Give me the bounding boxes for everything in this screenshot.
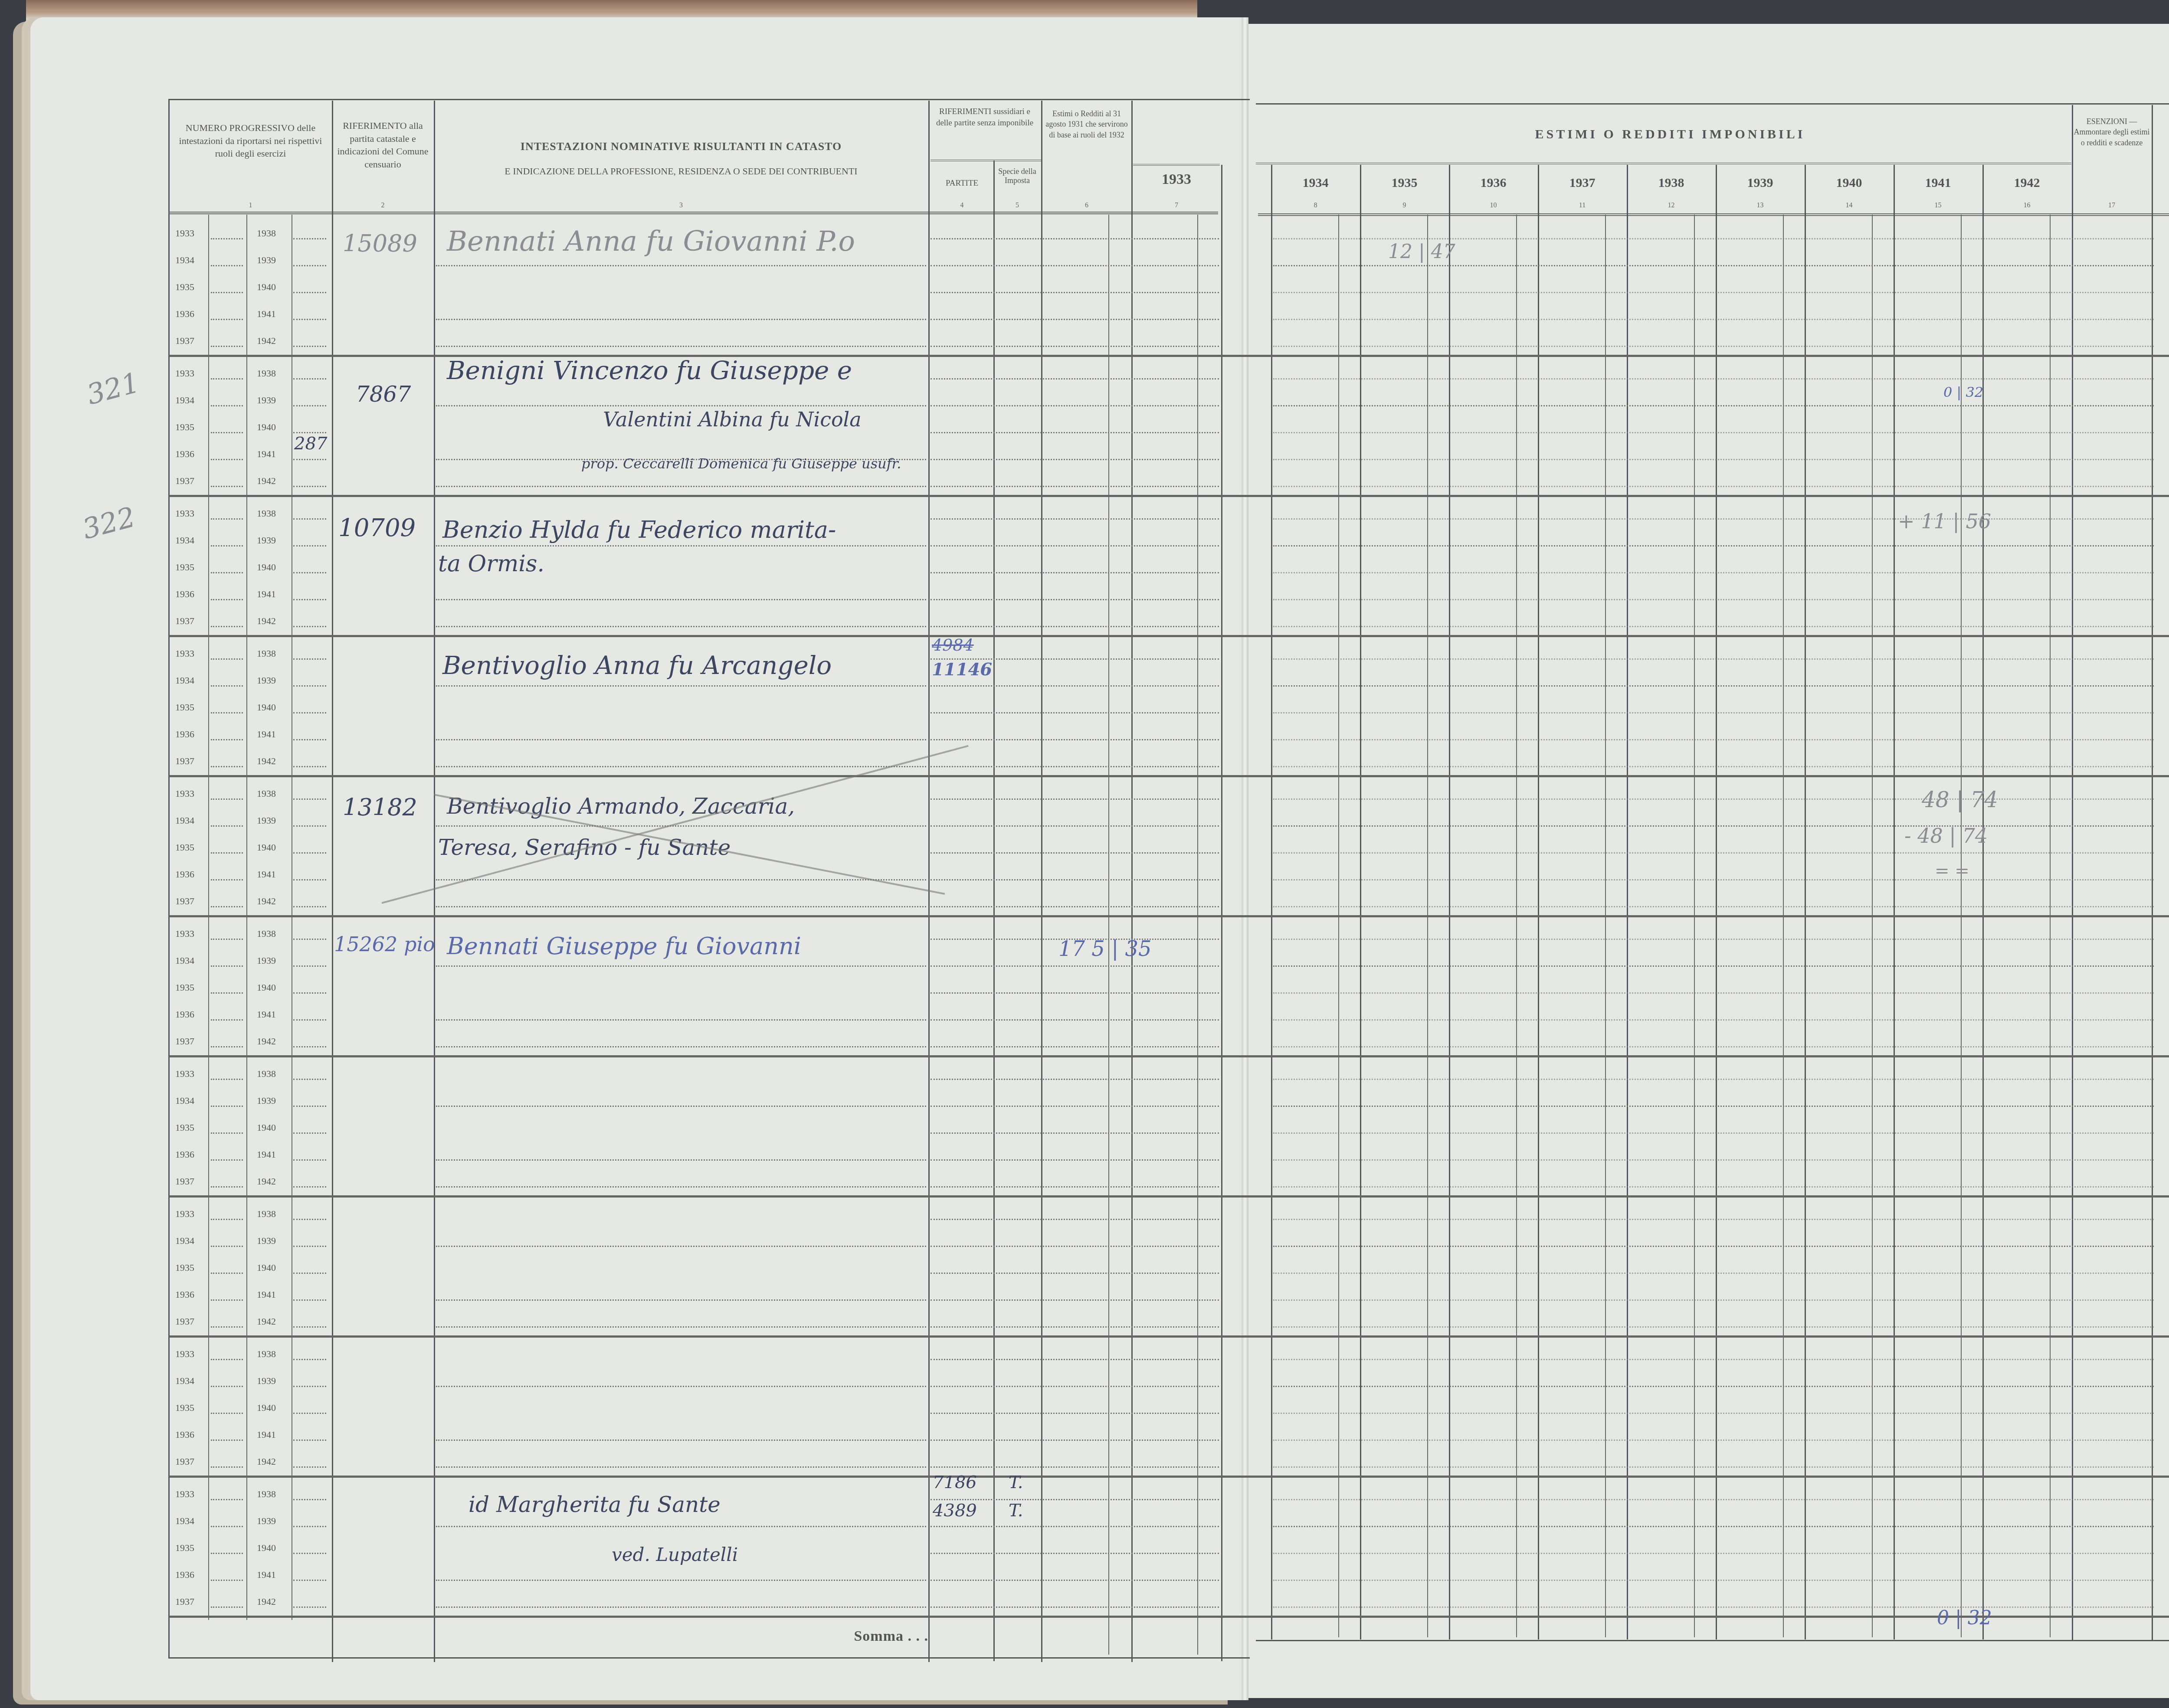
header-year-1940: 1940 xyxy=(1805,176,1894,190)
header-annotazioni: ANNOTAZIONI xyxy=(2154,147,2169,161)
year-label: 1941 xyxy=(257,729,276,740)
entry-partite-struck: 4984 xyxy=(932,635,974,654)
year-label: 1940 xyxy=(257,702,276,713)
year-label: 1938 xyxy=(257,508,276,519)
year-label: 1942 xyxy=(257,756,276,767)
year-label: 1937 xyxy=(175,335,194,347)
entry-name: Benigni Vincenzo fu Giuseppe e xyxy=(447,356,852,385)
header-esenzioni: ESENZIONI — Ammontare degli estimi o red… xyxy=(2074,116,2150,148)
year-label: 1934 xyxy=(175,1235,194,1247)
year-label: 1937 xyxy=(175,756,194,767)
year-label: 1941 xyxy=(257,1429,276,1440)
header-specie: Specie della Imposta xyxy=(996,167,1039,185)
entry-name-line2: ved. Lupatelli xyxy=(612,1544,738,1565)
year-label: 1936 xyxy=(175,448,194,460)
year-label: 1935 xyxy=(175,982,194,993)
header-estimi-imponibili: ESTIMI O REDDITI IMPONIBILI xyxy=(1271,126,2069,144)
col-number: 1 xyxy=(171,202,330,209)
year-label: 1941 xyxy=(257,1149,276,1160)
year-label: 1935 xyxy=(175,1122,194,1133)
header-intestazioni: INTESTAZIONI NOMINATIVE RISULTANTI IN CA… xyxy=(436,139,926,154)
year-label: 1939 xyxy=(257,255,276,266)
header-numero-progressivo: NUMERO PROGRESSIVO delle intestazioni da… xyxy=(171,121,330,160)
year-label: 1940 xyxy=(257,1542,276,1554)
header-riferimento: RIFERIMENTO alla partita catastale e ind… xyxy=(334,119,432,171)
year-label: 1934 xyxy=(175,535,194,546)
col-divider xyxy=(993,160,995,1661)
header-year-1933: 1933 xyxy=(1133,171,1220,188)
col-divider xyxy=(434,101,435,1662)
year-label: 1940 xyxy=(257,1402,276,1414)
year-label: 1938 xyxy=(257,1348,276,1360)
year-label: 1941 xyxy=(257,308,276,320)
year-label: 1938 xyxy=(257,228,276,239)
header-year-1937: 1937 xyxy=(1538,176,1627,190)
year-label: 1933 xyxy=(175,648,194,659)
col-number: 4 xyxy=(931,202,993,209)
year-label: 1942 xyxy=(257,335,276,347)
year-label: 1941 xyxy=(257,448,276,460)
year-label: 1936 xyxy=(175,589,194,600)
header-year-1938: 1938 xyxy=(1627,176,1716,190)
col-divider xyxy=(1131,101,1133,1662)
year-label: 1936 xyxy=(175,308,194,320)
header-riferimenti-sussidiari: RIFERIMENTI sussidiari e delle partite s… xyxy=(931,106,1039,128)
entry-name: Benzio Hylda fu Federico marita- xyxy=(442,516,836,543)
header-year-1939: 1939 xyxy=(1716,176,1805,190)
year-label: 1942 xyxy=(257,896,276,907)
year-label: 1933 xyxy=(175,1068,194,1080)
year-label: 1939 xyxy=(257,535,276,546)
entry-name: id Margherita fu Sante xyxy=(469,1492,721,1517)
year-label: 1935 xyxy=(175,281,194,293)
year-label: 1934 xyxy=(175,955,194,966)
year-label: 1938 xyxy=(257,928,276,939)
header-estimi-1932: Estimi o Redditi al 31 agosto 1931 che s… xyxy=(1043,108,1130,140)
value-1941: - 48 | 74 xyxy=(1904,824,1988,847)
year-label: 1937 xyxy=(175,1316,194,1327)
year-label: 1933 xyxy=(175,788,194,799)
year-label: 1933 xyxy=(175,1208,194,1220)
value-1941: = = xyxy=(1935,861,1969,881)
col-number: 14 xyxy=(1805,202,1894,209)
year-label: 1937 xyxy=(175,1176,194,1187)
entry-name: Bennati Anna fu Giovanni P.o xyxy=(447,226,855,258)
year-label: 1936 xyxy=(175,729,194,740)
year-label: 1933 xyxy=(175,1489,194,1500)
col-number: 12 xyxy=(1627,202,1716,209)
col-divider xyxy=(1221,165,1222,1661)
year-label: 1935 xyxy=(175,422,194,433)
year-label: 1940 xyxy=(257,1262,276,1273)
year-label: 1935 xyxy=(175,1402,194,1414)
col-number: 13 xyxy=(1716,202,1805,209)
entry-name: Bentivoglio Anna fu Arcangelo xyxy=(442,651,832,680)
somma-1941: 0 | 32 xyxy=(1937,1607,1992,1629)
year-label: 1933 xyxy=(175,1348,194,1360)
entry-name-line2: ta Ormis. xyxy=(438,551,544,577)
year-label: 1937 xyxy=(175,1036,194,1047)
year-label: 1941 xyxy=(257,869,276,880)
form-code: Mod. 111 - Imposte Dirette (Intercalare)… xyxy=(2074,76,2169,88)
year-label: 1940 xyxy=(257,842,276,853)
col-number: 7 xyxy=(1133,202,1220,209)
col-number: 2 xyxy=(334,202,432,209)
year-label: 1935 xyxy=(175,562,194,573)
year-label: 1935 xyxy=(175,1262,194,1273)
year-label: 1936 xyxy=(175,1289,194,1300)
year-label: 1941 xyxy=(257,1569,276,1580)
value-1941: 48 | 74 xyxy=(1922,787,1998,812)
entry-name-line3: prop. Ceccarelli Domenica fu Giuseppe us… xyxy=(581,455,901,472)
entry-partite: 11146 xyxy=(932,659,992,680)
entry-partite: 7186 xyxy=(933,1472,977,1492)
year-label: 1939 xyxy=(257,395,276,406)
entry-partita: 15089 xyxy=(343,230,417,257)
col-number: 16 xyxy=(1982,202,2071,209)
col-divider xyxy=(332,101,333,1662)
col-number: 3 xyxy=(436,202,926,209)
entry-side-note: 287 xyxy=(294,434,327,454)
entry-name-line2: Valentini Albina fu Nicola xyxy=(603,408,862,431)
year-label: 1934 xyxy=(175,815,194,826)
year-label: 1942 xyxy=(257,475,276,487)
year-label: 1940 xyxy=(257,281,276,293)
year-label: 1938 xyxy=(257,1489,276,1500)
year-label: 1942 xyxy=(257,1456,276,1467)
year-label: 1933 xyxy=(175,228,194,239)
year-label: 1941 xyxy=(257,1009,276,1020)
header-partite: PARTITE xyxy=(931,178,993,189)
year-label: 1939 xyxy=(257,675,276,686)
year-label: 1936 xyxy=(175,1429,194,1440)
year-label: 1942 xyxy=(257,615,276,627)
left-table-frame xyxy=(168,99,1250,1659)
year-label: 1937 xyxy=(175,615,194,627)
entry-partita: 10709 xyxy=(338,514,416,542)
year-label: 1936 xyxy=(175,1149,194,1160)
year-label: 1936 xyxy=(175,1009,194,1020)
year-label: 1936 xyxy=(175,1569,194,1580)
year-label: 1939 xyxy=(257,955,276,966)
year-label: 1937 xyxy=(175,1456,194,1467)
year-label: 1933 xyxy=(175,368,194,379)
col-number: 18 xyxy=(2154,202,2169,209)
header-year-1936: 1936 xyxy=(1449,176,1538,190)
entry-partite-2: 4389 xyxy=(933,1501,977,1521)
year-label: 1938 xyxy=(257,1068,276,1080)
year-label: 1939 xyxy=(257,1515,276,1527)
col-number: 8 xyxy=(1271,202,1360,209)
year-label: 1937 xyxy=(175,896,194,907)
year-label: 1936 xyxy=(175,869,194,880)
year-label: 1942 xyxy=(257,1176,276,1187)
year-label: 1941 xyxy=(257,589,276,600)
entry-partita: 15262 pio xyxy=(334,933,435,956)
entry-specie: T. xyxy=(1009,1472,1023,1492)
year-label: 1934 xyxy=(175,255,194,266)
year-label: 1940 xyxy=(257,562,276,573)
col-divider xyxy=(928,101,930,1662)
value-1941: 0 | 32 xyxy=(1943,384,1983,400)
year-label: 1938 xyxy=(257,1208,276,1220)
col-divider xyxy=(1041,101,1042,1662)
year-label: 1938 xyxy=(257,648,276,659)
year-label: 1942 xyxy=(257,1316,276,1327)
year-label: 1937 xyxy=(175,475,194,487)
entry-estimo-1932: 17 5 | 35 xyxy=(1058,937,1152,961)
year-label: 1942 xyxy=(257,1596,276,1607)
year-label: 1939 xyxy=(257,1095,276,1106)
col-number: 11 xyxy=(1538,202,1627,209)
year-label: 1933 xyxy=(175,508,194,519)
year-label: 1938 xyxy=(257,788,276,799)
right-table-frame xyxy=(1256,103,2169,1641)
year-label: 1941 xyxy=(257,1289,276,1300)
year-label: 1934 xyxy=(175,1095,194,1106)
year-label: 1933 xyxy=(175,928,194,939)
col-number: 9 xyxy=(1360,202,1449,209)
col-number: 10 xyxy=(1449,202,1538,209)
header-year-1941: 1941 xyxy=(1894,176,1982,190)
year-label: 1940 xyxy=(257,422,276,433)
year-label: 1939 xyxy=(257,1375,276,1387)
header-bottom-rule xyxy=(168,212,1218,214)
entry-partita: 7867 xyxy=(356,382,411,407)
somma-label: Somma . . . xyxy=(781,1626,928,1646)
year-label: 1934 xyxy=(175,395,194,406)
value-1935: 12 | 47 xyxy=(1388,241,1455,263)
year-label: 1939 xyxy=(257,815,276,826)
entry-name: Bennati Giuseppe fu Giovanni xyxy=(447,933,801,960)
entry-specie-2: T. xyxy=(1009,1501,1023,1521)
header-year-1934: 1934 xyxy=(1271,176,1360,190)
year-label: 1935 xyxy=(175,842,194,853)
year-label: 1935 xyxy=(175,1542,194,1554)
col-number: 5 xyxy=(996,202,1039,209)
year-label: 1938 xyxy=(257,368,276,379)
header-intestazioni-sub: E INDICAZIONE DELLA PROFESSIONE, RESIDEN… xyxy=(436,165,926,178)
col-number: 15 xyxy=(1894,202,1982,209)
year-label: 1940 xyxy=(257,1122,276,1133)
year-label: 1939 xyxy=(257,1235,276,1247)
year-label: 1940 xyxy=(257,982,276,993)
year-label: 1942 xyxy=(257,1036,276,1047)
year-label: 1934 xyxy=(175,1515,194,1527)
col-number: 17 xyxy=(2074,202,2150,209)
year-label: 1934 xyxy=(175,675,194,686)
header-year-1935: 1935 xyxy=(1360,176,1449,190)
year-label: 1937 xyxy=(175,1596,194,1607)
col-number: 6 xyxy=(1043,202,1130,209)
year-label: 1934 xyxy=(175,1375,194,1387)
entry-partita: 13182 xyxy=(343,794,417,821)
year-label: 1935 xyxy=(175,702,194,713)
value-1941: + 11 | 56 xyxy=(1898,510,1991,533)
header-year-1942: 1942 xyxy=(1982,176,2071,190)
